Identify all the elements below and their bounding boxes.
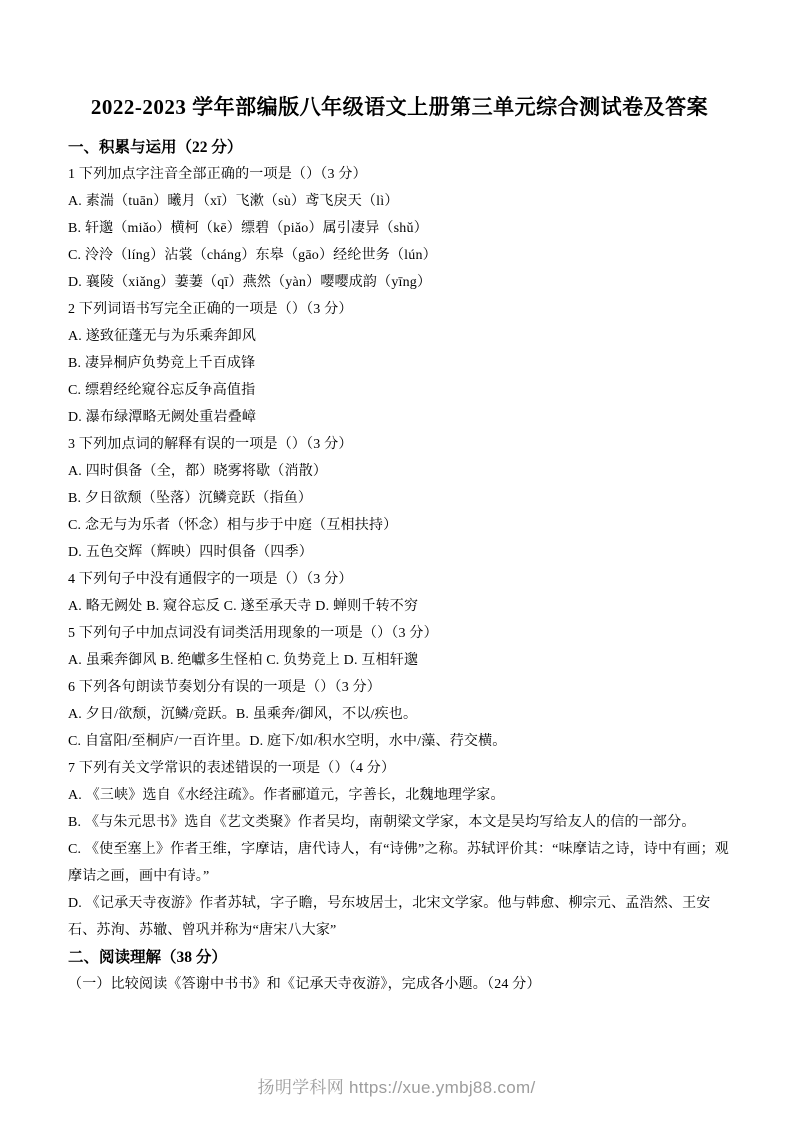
q4-options-row: A. 略无阙处 B. 窥谷忘反 C. 遂至承天寺 D. 蝉则千转不穷 [68, 593, 731, 620]
page-footer: 扬明学科网 https://xue.ymbj88.com/ [0, 1073, 793, 1098]
q3-option-c: C. 念无与为乐者（怀念）相与步于中庭（互相扶持） [68, 512, 731, 539]
q3-option-a: A. 四时俱备（全，都）晓雾将歇（消散） [68, 458, 731, 485]
q5-stem: 5 下列句子中加点词没有词类活用现象的一项是（）（3 分） [68, 620, 731, 647]
q3-option-b: B. 夕日欲颓（坠落）沉鳞竞跃（指鱼） [68, 485, 731, 512]
q1-option-b: B. 轩邈（miǎo）横柯（kē）缥碧（piǎo）属引凄异（shǔ） [68, 215, 731, 242]
q6-stem: 6 下列各句朗读节奏划分有误的一项是（）（3 分） [68, 674, 731, 701]
q2-stem: 2 下列词语书写完全正确的一项是（）（3 分） [68, 296, 731, 323]
q1-option-d: D. 襄陵（xiǎng）萋萋（qī）燕然（yàn）嘤嘤成韵（yīng） [68, 269, 731, 296]
q6-options-row-cd: C. 自富阳/至桐庐/一百许里。D. 庭下/如/积水空明，水中/藻、荇交横。 [68, 728, 731, 755]
footer-site-name: 扬明学科网 [258, 1078, 345, 1097]
section-2-heading: 二、阅读理解（38 分） [68, 944, 731, 971]
q3-option-d: D. 五色交辉（辉映）四时俱备（四季） [68, 539, 731, 566]
page-title: 2022-2023 学年部编版八年级语文上册第三单元综合测试卷及答案 [68, 92, 731, 122]
footer-site-url[interactable]: https://xue.ymbj88.com/ [349, 1078, 535, 1097]
q1-option-a: A. 素湍（tuān）曦月（xī）飞漱（sù）鸢飞戾天（lì） [68, 188, 731, 215]
q7-option-d: D. 《记承天寺夜游》作者苏轼，字子瞻，号东坡居士，北宋文学家。他与韩愈、柳宗元… [68, 890, 731, 944]
q5-options-row: A. 虽乘奔御风 B. 绝巘多生怪柏 C. 负势竞上 D. 互相轩邈 [68, 647, 731, 674]
q7-option-c: C. 《使至塞上》作者王维，字摩诘，唐代诗人，有“诗佛”之称。苏轼评价其：“味摩… [68, 836, 731, 890]
q3-stem: 3 下列加点词的解释有误的一项是（）（3 分） [68, 431, 731, 458]
document-body: 2022-2023 学年部编版八年级语文上册第三单元综合测试卷及答案 一、积累与… [0, 0, 793, 998]
section-1-heading: 一、积累与运用（22 分） [68, 134, 731, 161]
q2-option-c: C. 缥碧经纶窥谷忘反争高值指 [68, 377, 731, 404]
q2-option-b: B. 凄异桐庐负势竞上千百成锋 [68, 350, 731, 377]
q7-stem: 7 下列有关文学常识的表述错误的一项是（）（4 分） [68, 755, 731, 782]
q1-stem: 1 下列加点字注音全部正确的一项是（）（3 分） [68, 161, 731, 188]
q7-option-a: A. 《三峡》选自《水经注疏》。作者郦道元，字善长，北魏地理学家。 [68, 782, 731, 809]
q2-option-a: A. 遂致征蓬无与为乐乘奔卸风 [68, 323, 731, 350]
q2-option-d: D. 瀑布绿潭略无阙处重岩叠嶂 [68, 404, 731, 431]
section-2-intro: （一）比较阅读《答谢中书书》和《记承天寺夜游》，完成各小题。（24 分） [68, 971, 731, 998]
q4-stem: 4 下列句子中没有通假字的一项是（）（3 分） [68, 566, 731, 593]
q1-option-c: C. 泠泠（líng）沾裳（cháng）东皋（gāo）经纶世务（lún） [68, 242, 731, 269]
test-paper-page: 2022-2023 学年部编版八年级语文上册第三单元综合测试卷及答案 一、积累与… [0, 0, 793, 1122]
q7-option-b: B. 《与朱元思书》选自《艺文类聚》作者吴均，南朝梁文学家，本文是吴均写给友人的… [68, 809, 731, 836]
q6-options-row-ab: A. 夕日/欲颓，沉鳞/竞跃。B. 虽乘奔/御风，不以/疾也。 [68, 701, 731, 728]
